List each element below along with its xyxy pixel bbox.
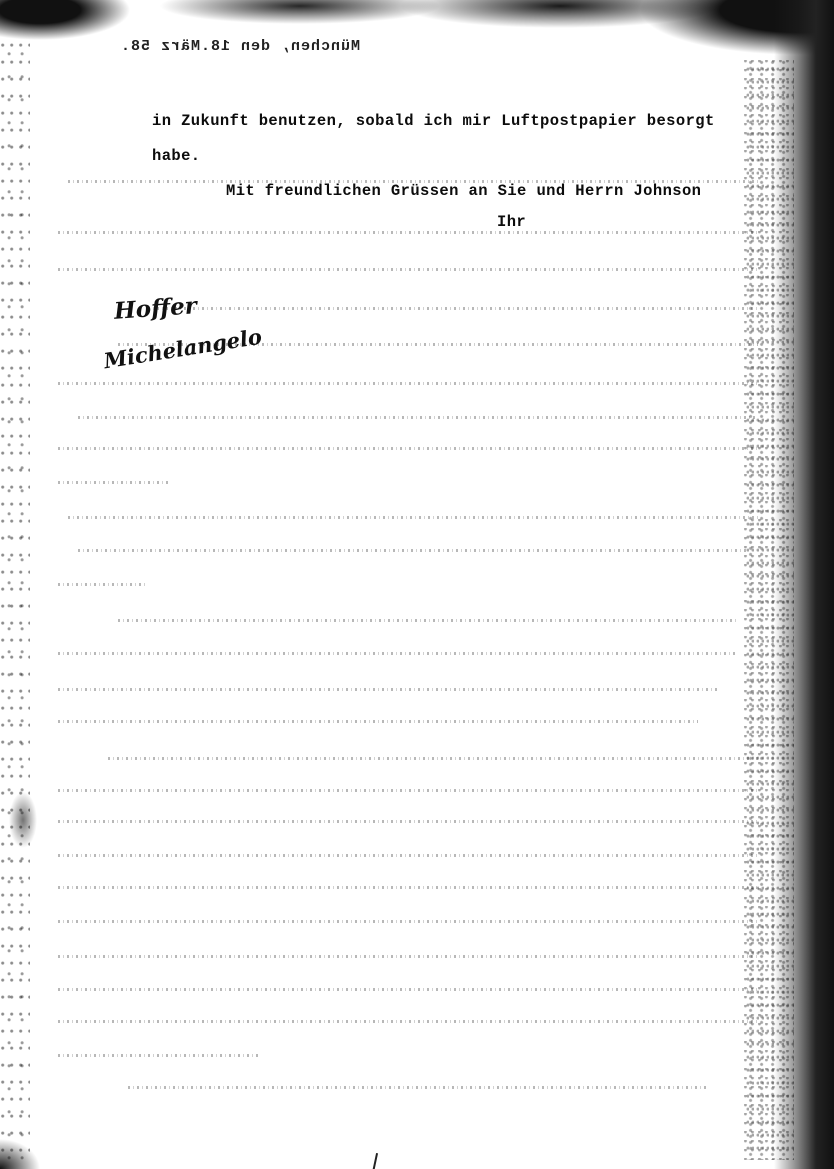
closing-ihr: Ihr [497,213,526,231]
bleed-through-line [58,789,758,792]
scan-edge-bottom-left [0,1129,60,1169]
bleed-through-line [58,1020,758,1023]
scan-blot-left [8,790,38,850]
signature-line-1: Hoffer [113,292,198,325]
scan-edge-left-speckle [0,40,30,1160]
bleed-through-line [58,382,758,385]
bleed-through-line [58,886,758,889]
typed-line-1: in Zukunft benutzen, sobald ich mir Luft… [152,112,715,130]
bleed-through-line [58,583,148,586]
typed-line-2: habe. [152,147,201,165]
bleed-through-line [58,447,758,450]
bleed-through-line [58,854,758,857]
bleed-through-line [58,652,738,655]
bleed-through-line [78,416,758,419]
bleed-through-line [58,988,758,991]
bleed-through-line [58,268,758,271]
bleed-through-line [68,516,758,519]
bleed-through-line [78,549,748,552]
bleed-through-line [148,307,758,310]
bleed-through-line [128,1086,708,1089]
bleed-through-line [58,688,718,691]
bleed-through-line [58,920,758,923]
bleed-through-line [58,820,758,823]
bleed-through-text [58,0,758,1169]
bleed-through-line [58,481,168,484]
bleed-through-line [58,1054,258,1057]
bleed-through-line [58,720,698,723]
bleed-through-line [58,231,758,234]
bleed-through-line [118,619,738,622]
bleed-through-line [108,757,758,760]
mirrored-date-header: München, den 18.März 58. [120,38,360,55]
closing-greeting: Mit freundlichen Grüssen an Sie und Herr… [226,182,701,200]
bleed-through-line [58,955,758,958]
